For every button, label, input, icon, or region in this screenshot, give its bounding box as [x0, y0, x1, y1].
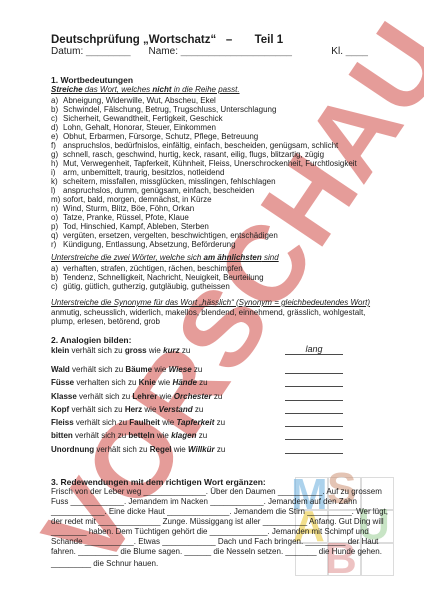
name-label: Name: — [149, 46, 178, 57]
word-row-text: Lohn, Gehalt, Honorar, Steuer, Einkommen — [63, 123, 216, 132]
analogy-word3: Willkür — [188, 445, 215, 454]
word-row-label: a) — [51, 96, 63, 105]
idiom-line: Fuss ____________. Jemandem im Nacken __… — [51, 497, 405, 507]
analogy-word1: Kopf — [51, 405, 69, 414]
analogy-word2: Bäume — [125, 365, 152, 374]
word-row-label: f) — [51, 141, 63, 150]
word-row-text: Schwindel, Fälschung, Betrug, Trugschlus… — [63, 105, 276, 114]
word-row-label: a) — [51, 264, 63, 273]
analogy-wie: wie — [157, 431, 169, 440]
analogy-wie: wie — [149, 346, 161, 355]
answer-blank — [285, 417, 343, 427]
section3-heading: 3. Redewendungen mit dem richtigen Wort … — [51, 477, 405, 487]
analogy-word3: klagen — [171, 431, 196, 440]
analogy-word3: Wiese — [169, 365, 192, 374]
section1-heading: 1. Wortbedeutungen — [51, 75, 405, 85]
word-row: r)Kündigung, Entlassung, Absetzung, Befö… — [51, 240, 405, 249]
word-row: o)Tatze, Pranke, Rüssel, Pfote, Klaue — [51, 213, 405, 222]
word-row-label: n) — [51, 204, 63, 213]
word-row-text: schnell, rasch, geschwind, hurtig, keck,… — [63, 150, 324, 159]
word-row-label: h) — [51, 159, 63, 168]
word-row-label: l) — [51, 186, 63, 195]
word-row: d)Lohn, Gehalt, Honorar, Steuer, Einkomm… — [51, 123, 405, 132]
idiom-line: ____________. Eine dicke Haut __________… — [51, 507, 405, 517]
analogy-word1: bitten — [51, 431, 73, 440]
word-row: k)scheitern, missfallen, missglücken, mi… — [51, 177, 405, 186]
similar-word-row-list: a)verhaften, strafen, züchtigen, rächen,… — [51, 264, 405, 291]
word-row-label: e) — [51, 132, 63, 141]
analogy-row: klein verhält sich zu gross wie kurz zul… — [51, 346, 405, 356]
analogy-word1: Klasse — [51, 392, 77, 401]
analogy-connector: verhält sich zu — [75, 431, 126, 440]
word-row-text: vergüten, ersetzen, vergelten, beschwich… — [63, 231, 278, 240]
word-row: g)schnell, rasch, geschwind, hurtig, kec… — [51, 150, 405, 159]
answer-blank — [285, 391, 343, 401]
word-row-text: Sicherheit, Gewandtheit, Fertigkeit, Ges… — [63, 114, 223, 123]
word-row: h)Mut, Verwegenheit, Tapferkeit, Kühnhei… — [51, 159, 405, 168]
word-row: a)verhaften, strafen, züchtigen, rächen,… — [51, 264, 405, 273]
answer-blank — [285, 377, 343, 387]
analogy-wie: wie — [162, 418, 174, 427]
analogy-zu: zu — [195, 405, 203, 414]
word-row-label: i) — [51, 168, 63, 177]
idiom-line-list: Frisch von der Leber weg ______________.… — [51, 487, 405, 569]
word-row-label: c) — [51, 282, 63, 291]
word-row-text: anspruchslos, bedürfnislos, einfältig, e… — [63, 141, 338, 150]
analogy-connector: verhält sich zu — [79, 392, 130, 401]
analogy-wie: wie — [174, 445, 186, 454]
analogy-word2: gross — [125, 346, 147, 355]
section1-instruction-synonyms: Unterstreiche die Synonyme für das Wort … — [51, 298, 405, 307]
document-content: Deutschprüfung „Wortschatz“ – Teil 1 Dat… — [51, 34, 405, 569]
analogy-word2: betteln — [128, 431, 154, 440]
name-field: Name: ____________________ — [149, 46, 292, 57]
analogy-wie: wie — [144, 405, 156, 414]
analogy-row: bitten verhält sich zu betteln wie klage… — [51, 431, 405, 441]
analogy-row: Wald verhält sich zu Bäume wie Wiese zu — [51, 365, 405, 375]
analogy-row: Klasse verhält sich zu Lehrer wie Orches… — [51, 392, 405, 402]
analogy-word3: kurz — [163, 346, 179, 355]
page-title: Deutschprüfung „Wortschatz“ – Teil 1 — [51, 34, 405, 46]
section1-instruction-similar: Unterstreiche die zwei Wörter, welche si… — [51, 253, 405, 262]
analogy-connector: verhält sich zu — [96, 445, 147, 454]
analogy-word2: Faulheit — [129, 418, 160, 427]
word-row: e)Obhut, Erbarmen, Fürsorge, Schutz, Pfl… — [51, 132, 405, 141]
instruction-lead: Unterstreiche die zwei Wörter, welche si… — [51, 253, 204, 262]
analogy-word1: Füsse — [51, 378, 74, 387]
datum-blank-line: ________ — [86, 46, 131, 57]
analogy-row: Füsse verhalten sich zu Knie wie Hände z… — [51, 378, 405, 388]
word-row: p)Tod, Hinschied, Kampf, Ableben, Sterbe… — [51, 222, 405, 231]
word-row-label: c) — [51, 114, 63, 123]
word-row: f)anspruchslos, bedürfnislos, einfältig,… — [51, 141, 405, 150]
word-row: m)sofort, bald, morgen, demnächst, in Kü… — [51, 195, 405, 204]
analogy-connector: verhalten sich zu — [76, 378, 136, 387]
analogy-row: Kopf verhält sich zu Herz wie Verstand z… — [51, 405, 405, 415]
instruction-emph: nicht — [152, 85, 171, 94]
analogy-zu: zu — [217, 445, 225, 454]
analogy-zu: zu — [199, 431, 207, 440]
word-row: c)Sicherheit, Gewandtheit, Fertigkeit, G… — [51, 114, 405, 123]
word-row: i)arm, unbemittelt, traurig, besitzlos, … — [51, 168, 405, 177]
idiom-line: _________ die Schnur hauen. — [51, 559, 405, 569]
name-blank-line: ____________________ — [181, 46, 292, 57]
synonym-line: anmutig, scheusslich, widerlich, makello… — [51, 308, 405, 317]
word-row: b)Tendenz, Schnelligkeit, Nachricht, Neu… — [51, 273, 405, 282]
word-row-text: sofort, bald, morgen, demnächst, in Kürz… — [63, 195, 212, 204]
analogy-row: Unordnung verhält sich zu Regel wie Will… — [51, 445, 405, 455]
analogy-word3: Hände — [172, 378, 196, 387]
word-row-text: arm, unbemittelt, traurig, besitzlos, no… — [63, 168, 224, 177]
instruction-tail: sind — [262, 253, 279, 262]
answer-blank — [285, 444, 343, 454]
idiom-line: der redet mit ______________ Zunge. Müss… — [51, 517, 405, 527]
datum-field: Datum: ________ — [51, 46, 131, 57]
word-row-text: scheitern, missfallen, missglücken, miss… — [63, 177, 276, 186]
answer-blank — [285, 364, 343, 374]
word-row-label: b) — [51, 273, 63, 282]
answer-blank — [285, 430, 343, 440]
instruction-emph: am ähnlichsten — [204, 253, 262, 262]
word-row: c)gütig, gütlich, gutherzig, gutgläubig,… — [51, 282, 405, 291]
word-row-text: Tendenz, Schnelligkeit, Nachricht, Neuig… — [63, 273, 264, 282]
analogy-word2: Knie — [139, 378, 156, 387]
word-row-label: g) — [51, 150, 63, 159]
analogy-row: Fleiss verhält sich zu Faulheit wie Tapf… — [51, 418, 405, 428]
word-row-label: r) — [51, 240, 63, 249]
word-row: n)Wind, Sturm, Blitz, Böe, Föhn, Orkan — [51, 204, 405, 213]
word-row-text: Obhut, Erbarmen, Fürsorge, Schutz, Pfleg… — [63, 132, 258, 141]
idiom-line: Schande ___________. Etwas ____________ … — [51, 537, 405, 547]
class-label: Kl. — [331, 46, 343, 57]
analogy-zu: zu — [217, 418, 225, 427]
analogy-connector: verhält sich zu — [76, 418, 127, 427]
instruction-lead: Streiche — [51, 85, 83, 94]
analogy-connector: verhält sich zu — [71, 405, 122, 414]
word-row-text: Mut, Verwegenheit, Tapferkeit, Kühnheit,… — [63, 159, 357, 168]
analogy-wie: wie — [154, 365, 166, 374]
analogy-word2: Herz — [125, 405, 142, 414]
class-field: Kl. ____ — [331, 46, 368, 57]
word-row-text: gütig, gütlich, gutherzig, gutgläubig, g… — [63, 282, 230, 291]
idiom-line: ________ haben. Dem Tüchtigen gehört die… — [51, 527, 405, 537]
analogy-word3: Verstand — [159, 405, 193, 414]
instruction-tail: in die Reihe passt. — [172, 85, 240, 94]
datum-label: Datum: — [51, 46, 83, 57]
analogy-wie: wie — [158, 378, 170, 387]
analogy-zu: zu — [182, 346, 190, 355]
header-meta-row: Datum: ________ Name: __________________… — [51, 46, 405, 57]
word-row-text: verhaften, strafen, züchtigen, rächen, b… — [63, 264, 243, 273]
answer-blank — [285, 404, 343, 414]
analogy-word1: klein — [51, 346, 69, 355]
word-row-text: Abneigung, Widerwille, Wut, Abscheu, Eke… — [63, 96, 216, 105]
worksheet-page: VORSCHAU M S A U B — [0, 0, 424, 600]
word-row-label: m) — [51, 195, 63, 204]
analogy-connector: verhält sich zu — [71, 346, 122, 355]
analogy-word1: Wald — [51, 365, 70, 374]
synonym-word-lines: anmutig, scheusslich, widerlich, makello… — [51, 308, 405, 326]
analogy-zu: zu — [199, 378, 207, 387]
word-row: q)vergüten, ersetzen, vergelten, beschwi… — [51, 231, 405, 240]
instruction-mid: das Wort, welches — [83, 85, 153, 94]
analogy-row-list: klein verhält sich zu gross wie kurz zul… — [51, 346, 405, 455]
section2-heading: 2. Analogien bilden: — [51, 335, 405, 345]
word-row: a)Abneigung, Widerwille, Wut, Abscheu, E… — [51, 96, 405, 105]
idiom-line: Frisch von der Leber weg ______________.… — [51, 487, 405, 497]
word-row-label: q) — [51, 231, 63, 240]
word-row-text: Kündigung, Entlassung, Absetzung, Beförd… — [63, 240, 236, 249]
answer-blank: lang — [285, 345, 343, 355]
word-row-label: b) — [51, 105, 63, 114]
class-blank-line: ____ — [346, 46, 368, 57]
word-row-label: p) — [51, 222, 63, 231]
word-row-label: o) — [51, 213, 63, 222]
word-row: b)Schwindel, Fälschung, Betrug, Trugschl… — [51, 105, 405, 114]
analogy-zu: zu — [194, 365, 202, 374]
word-row-text: Wind, Sturm, Blitz, Böe, Föhn, Orkan — [63, 204, 194, 213]
section1-instruction-strike: Streiche das Wort, welches nicht in die … — [51, 85, 405, 94]
analogy-word1: Fleiss — [51, 418, 74, 427]
word-row-list: a)Abneigung, Widerwille, Wut, Abscheu, E… — [51, 96, 405, 249]
word-row-text: Tod, Hinschied, Kampf, Ableben, Sterben — [63, 222, 209, 231]
word-row-text: Tatze, Pranke, Rüssel, Pfote, Klaue — [63, 213, 189, 222]
word-row-label: d) — [51, 123, 63, 132]
analogy-word3: Orchester — [174, 392, 212, 401]
analogy-zu: zu — [214, 392, 222, 401]
idiom-line: fahren. _________ die Blume sagen. _____… — [51, 547, 405, 557]
analogy-word2: Regel — [150, 445, 172, 454]
word-row: l)anspruchslos, dumm, genügsam, einfach,… — [51, 186, 405, 195]
analogy-word1: Unordnung — [51, 445, 94, 454]
word-row-text: anspruchslos, dumm, genügsam, einfach, b… — [63, 186, 254, 195]
analogy-word2: Lehrer — [132, 392, 157, 401]
analogy-connector: verhält sich zu — [72, 365, 123, 374]
word-row-label: k) — [51, 177, 63, 186]
analogy-word3: Tapferkeit — [176, 418, 214, 427]
analogy-wie: wie — [160, 392, 172, 401]
synonym-line: plump, erlesen, betörend, grob — [51, 317, 405, 326]
